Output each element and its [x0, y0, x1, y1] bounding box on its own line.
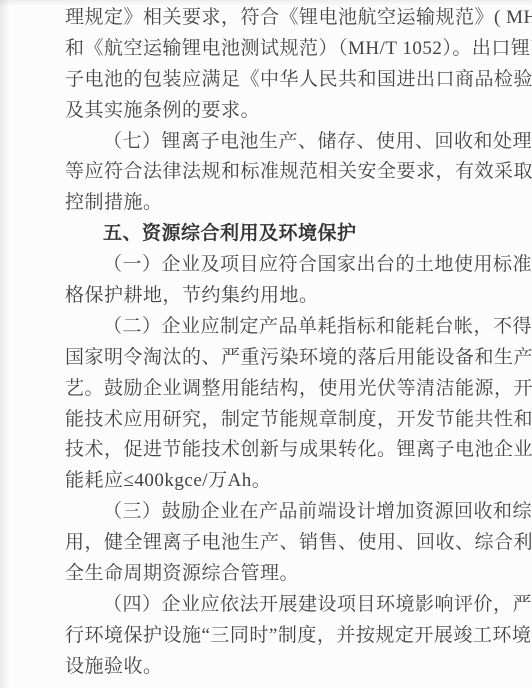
- doc-line: 行环境保护设施“三同时”制度，并按规定开展竣工环境保护: [65, 621, 525, 652]
- doc-line: 和《航空运输锂电池测试规范）（MH/T 1052）。出口锂离: [65, 34, 525, 65]
- doc-line: 用，健全锂离子电池生产、销售、使用、回收、综合利用等: [65, 528, 525, 559]
- doc-line: 及其实施条例的要求。: [65, 96, 525, 127]
- doc-line: 能技术应用研究，制定节能规章制度，开发节能共性和关键: [65, 405, 525, 436]
- doc-line: 国家明令淘汰的、严重污染环境的落后用能设备和生产工: [65, 343, 525, 374]
- doc-line: 格保护耕地，节约集约用地。: [65, 281, 525, 312]
- doc-line: 技术，促进节能技术创新与成果转化。锂离子电池企业综合: [65, 435, 525, 466]
- doc-line: 设施验收。: [65, 652, 525, 683]
- doc-line: 能耗应≤400kgce/万Ah。: [65, 466, 525, 497]
- doc-line: 理规定》相关要求，符合《锂电池航空运输规范》( MH/T 1020 ): [65, 3, 525, 34]
- doc-line-paragraph-start: （四）企业应依法开展建设项目环境影响评价，严格执: [65, 590, 525, 621]
- doc-line: 控制措施。: [65, 188, 525, 219]
- document-page: 理规定》相关要求，符合《锂电池航空运输规范》( MH/T 1020 ) 和《航空…: [0, 0, 532, 688]
- doc-line: 子电池的包装应满足《中华人民共和国进出口商品检验法》: [65, 65, 525, 96]
- doc-line-paragraph-start: （七）锂离子电池生产、储存、使用、回收和处理处置: [65, 127, 525, 158]
- doc-line-paragraph-start: （二）企业应制定产品单耗指标和能耗台帐，不得使用: [65, 312, 525, 343]
- section-heading: 五、资源综合利用及环境保护: [65, 219, 525, 250]
- scan-edge-shading-left: [0, 0, 10, 688]
- doc-line: 等应符合法律法规和标准规范相关安全要求，有效采取安全: [65, 157, 525, 188]
- doc-line-paragraph-start: （三）鼓励企业在产品前端设计增加资源回收和综合利: [65, 497, 525, 528]
- doc-line: 艺。鼓励企业调整用能结构，使用光伏等清洁能源，开展节: [65, 374, 525, 405]
- doc-line: 全生命周期资源综合管理。: [65, 559, 525, 590]
- document-body-text: 理规定》相关要求，符合《锂电池航空运输规范》( MH/T 1020 ) 和《航空…: [65, 3, 525, 683]
- doc-line-paragraph-start: （一）企业及项目应符合国家出台的土地使用标准，严: [65, 250, 525, 281]
